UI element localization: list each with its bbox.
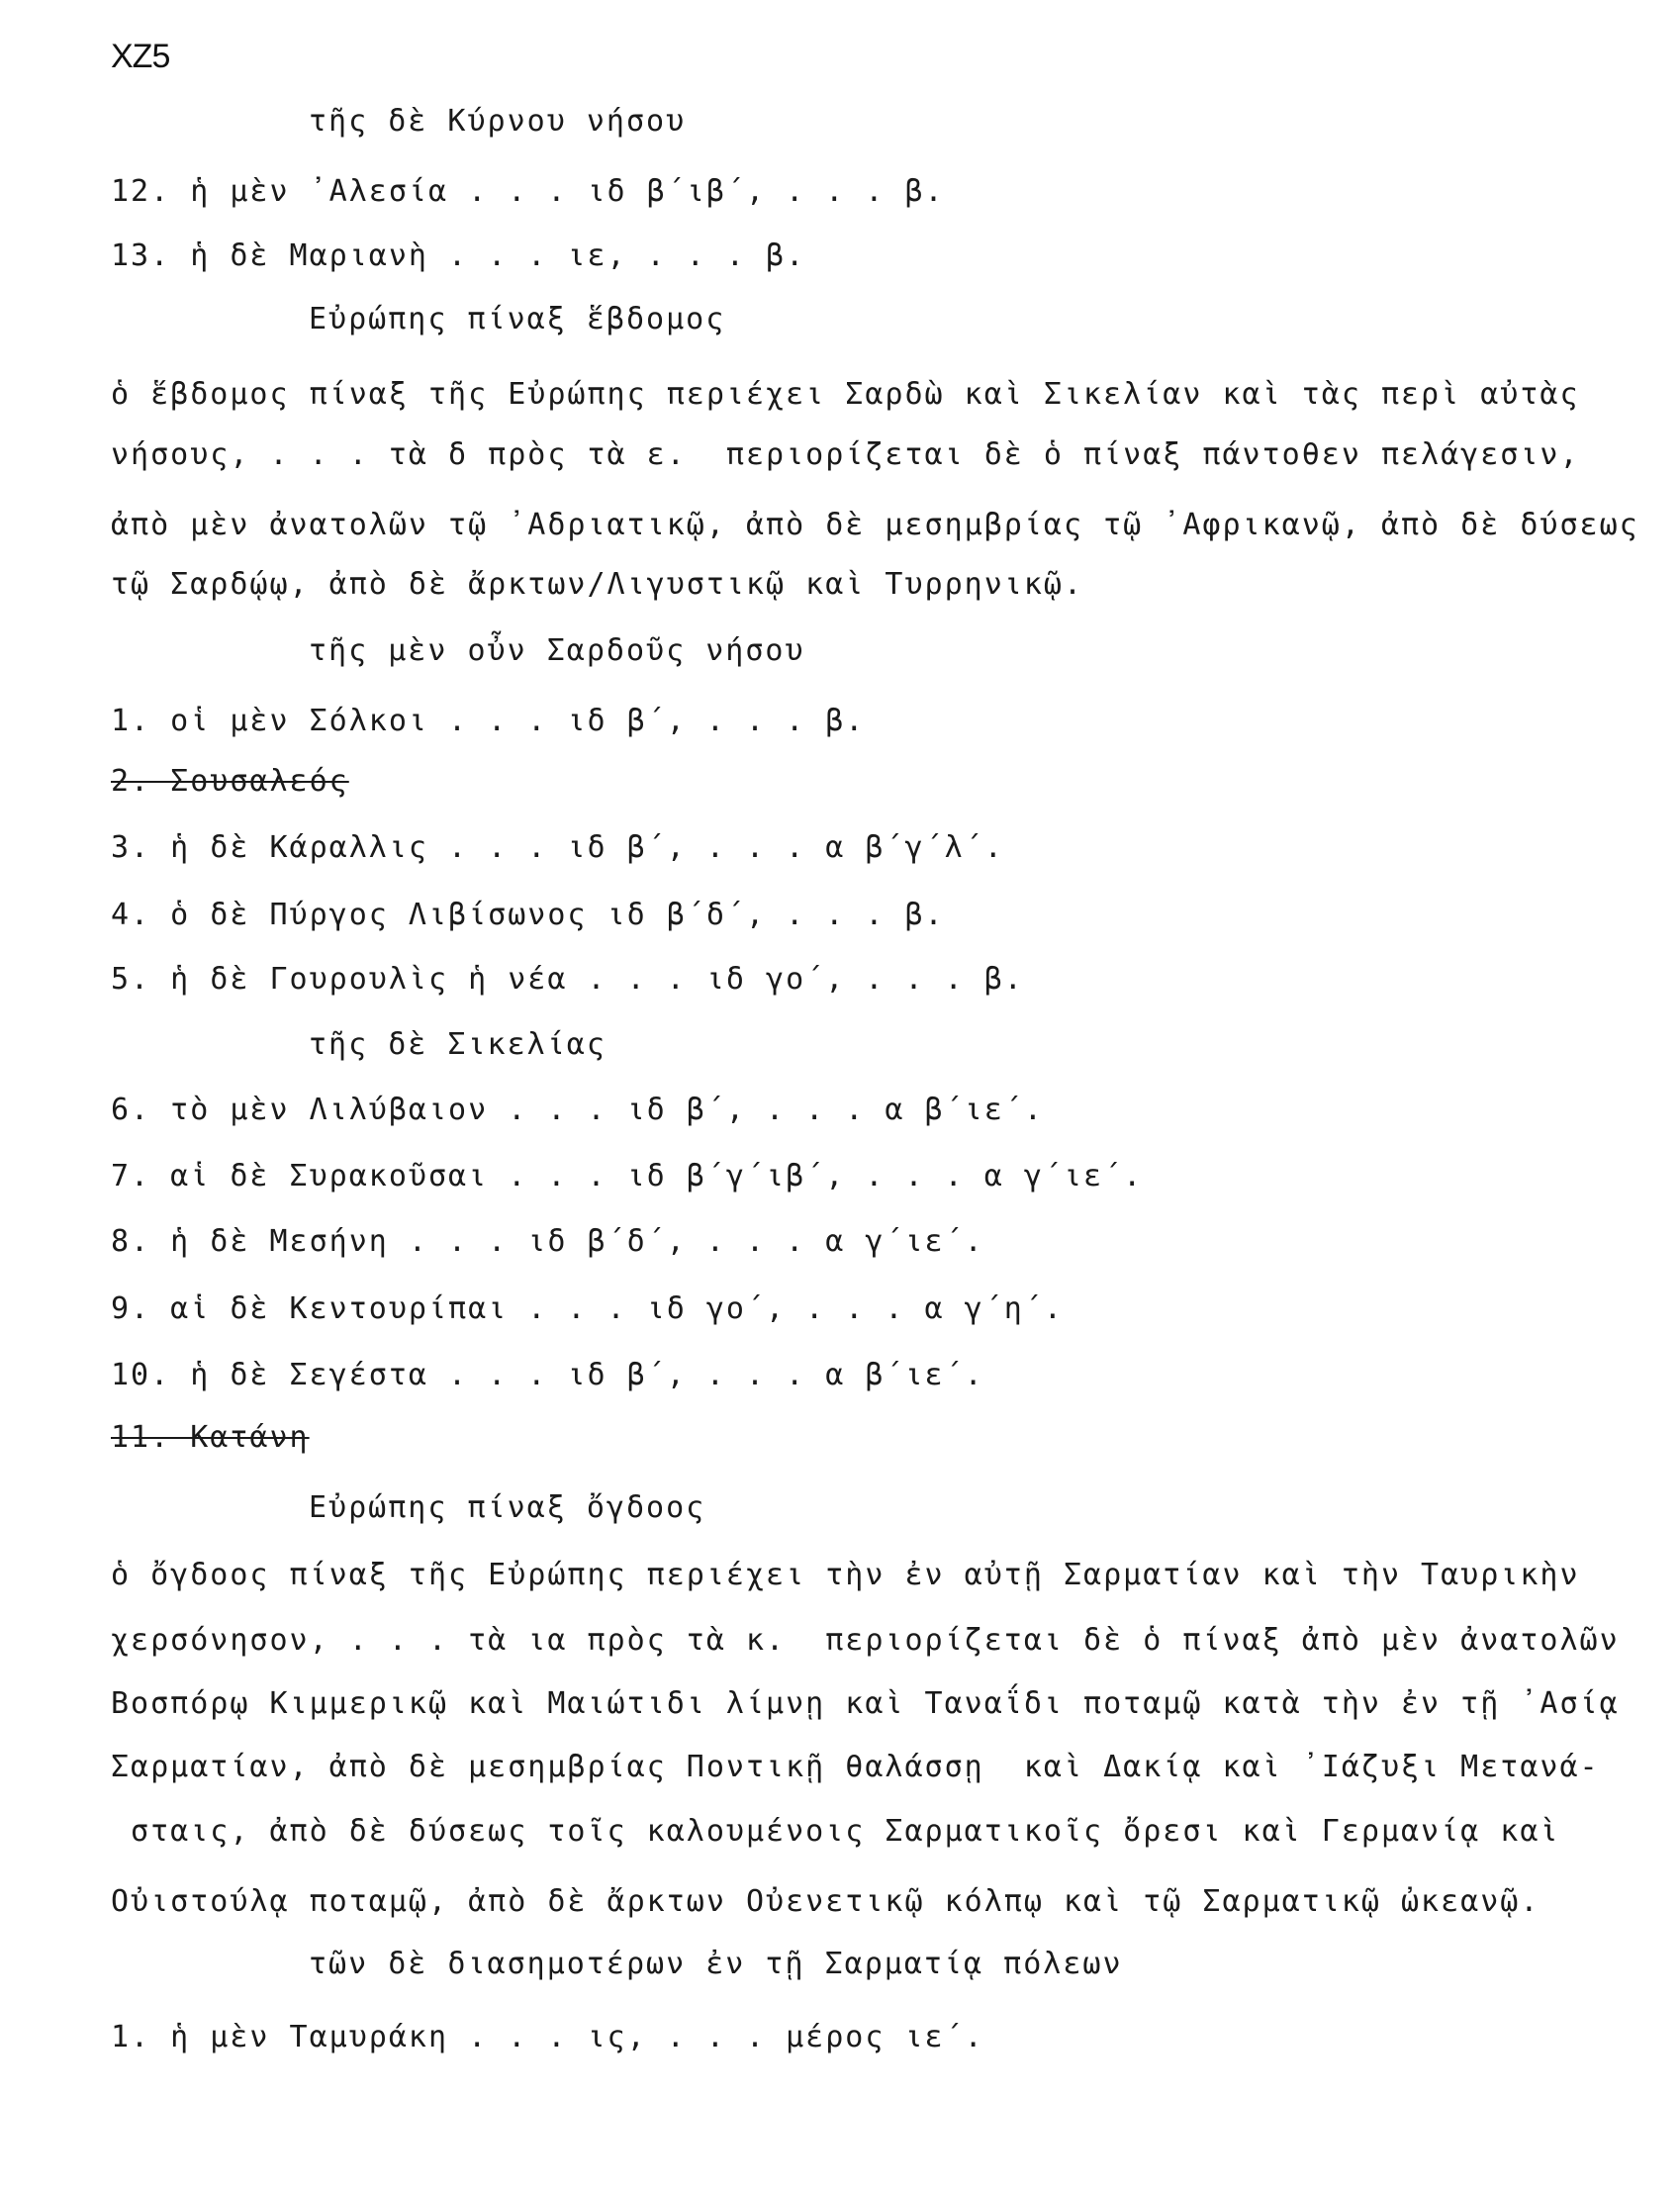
list-item: 8. ἡ δὲ Μεσήνη . . . ιδ β΄δ΄, . . . α γ΄… — [111, 1224, 984, 1260]
paragraph-line: χερσόνησον, . . . τὰ ια πρὸς τὰ κ. περιο… — [111, 1623, 1620, 1659]
list-item: 3. ἡ δὲ Κάραλλις . . . ιδ β΄, . . . α β΄… — [111, 830, 1004, 866]
list-item: 13. ἡ δὲ Μαριανὴ . . . ιε, . . . β. — [111, 238, 805, 274]
paragraph-line: σταις, ἀπὸ δὲ δύσεως τοῖς καλουμένοις Σα… — [111, 1814, 1560, 1850]
paragraph-line: ὁ ἕβδομος πίναξ τῆς Εὐρώπης περιέχει Σαρ… — [111, 377, 1580, 413]
struck-list-item: 11. Κατάνη — [111, 1420, 310, 1456]
list-item: 1. οἱ μὲν Σόλκοι . . . ιδ β΄, . . . β. — [111, 704, 865, 739]
struck-list-item: 2. Σουσαλεός — [111, 764, 349, 800]
paragraph-line: Σαρματίαν, ἀπὸ δὲ μεσημβρίας Ποντικῇ θαλ… — [111, 1750, 1600, 1785]
list-item: 7. αἱ δὲ Συρακοῦσαι . . . ιδ β΄γ΄ιβ΄, . … — [111, 1159, 1143, 1194]
document-page: XZ5 τῆς δὲ Κύρνου νήσου 12. ἡ μὲν ᾽Αλεσί… — [0, 0, 1680, 2194]
list-item: 12. ἡ μὲν ᾽Αλεσία . . . ιδ β΄ιβ΄, . . . … — [111, 174, 945, 210]
paragraph-line: ἀπὸ μὲν ἀνατολῶν τῷ ᾽Αδριατικῷ, ἀπὸ δὲ μ… — [111, 508, 1639, 543]
list-item: 9. αἱ δὲ Κεντουρίπαι . . . ιδ γο΄, . . .… — [111, 1291, 1064, 1327]
section-heading: τῆς μὲν οὖν Σαρδοῦς νήσου — [309, 633, 805, 669]
paragraph-line: τῷ Σαρδῴῳ, ἀπὸ δὲ ἄρκτων/Λιγυστικῷ καὶ Τ… — [111, 567, 1083, 603]
paragraph-line: Οὐιστούλᾳ ποταμῷ, ἀπὸ δὲ ἄρκτων Οὐενετικ… — [111, 1884, 1540, 1920]
list-item: 5. ἡ δὲ Γουρουλὶς ἡ νέα . . . ιδ γο΄, . … — [111, 962, 1024, 998]
list-item: 4. ὁ δὲ Πύργος Λιβίσωνος ιδ β΄δ΄, . . . … — [111, 898, 945, 933]
page-label: XZ5 — [111, 38, 169, 76]
paragraph-line: ὁ ὄγδοος πίναξ τῆς Εὐρώπης περιέχει τὴν … — [111, 1558, 1580, 1593]
list-item: 10. ἡ δὲ Σεγέστα . . . ιδ β΄, . . . α β΄… — [111, 1358, 984, 1393]
section-heading: τῶν δὲ διασημοτέρων ἐν τῇ Σαρματίᾳ πόλεω… — [309, 1947, 1123, 1982]
section-heading: Εὐρώπης πίναξ ὄγδοος — [309, 1490, 705, 1526]
section-heading: Εὐρώπης πίναξ ἕβδομος — [309, 302, 725, 337]
section-heading: τῆς δὲ Σικελίας — [309, 1027, 607, 1063]
paragraph-line: νήσους, . . . τὰ δ πρὸς τὰ ε. περιορίζετ… — [111, 437, 1580, 473]
list-item: 1. ἡ μὲν Ταμυράκη . . . ις, . . . μέρος … — [111, 2020, 984, 2055]
paragraph-line: Βοσπόρῳ Κιμμερικῷ καὶ Μαιώτιδι λίμνῃ καὶ… — [111, 1686, 1620, 1722]
section-heading: τῆς δὲ Κύρνου νήσου — [309, 104, 686, 140]
list-item: 6. τὸ μὲν Λιλύβαιον . . . ιδ β΄, . . . α… — [111, 1093, 1044, 1128]
